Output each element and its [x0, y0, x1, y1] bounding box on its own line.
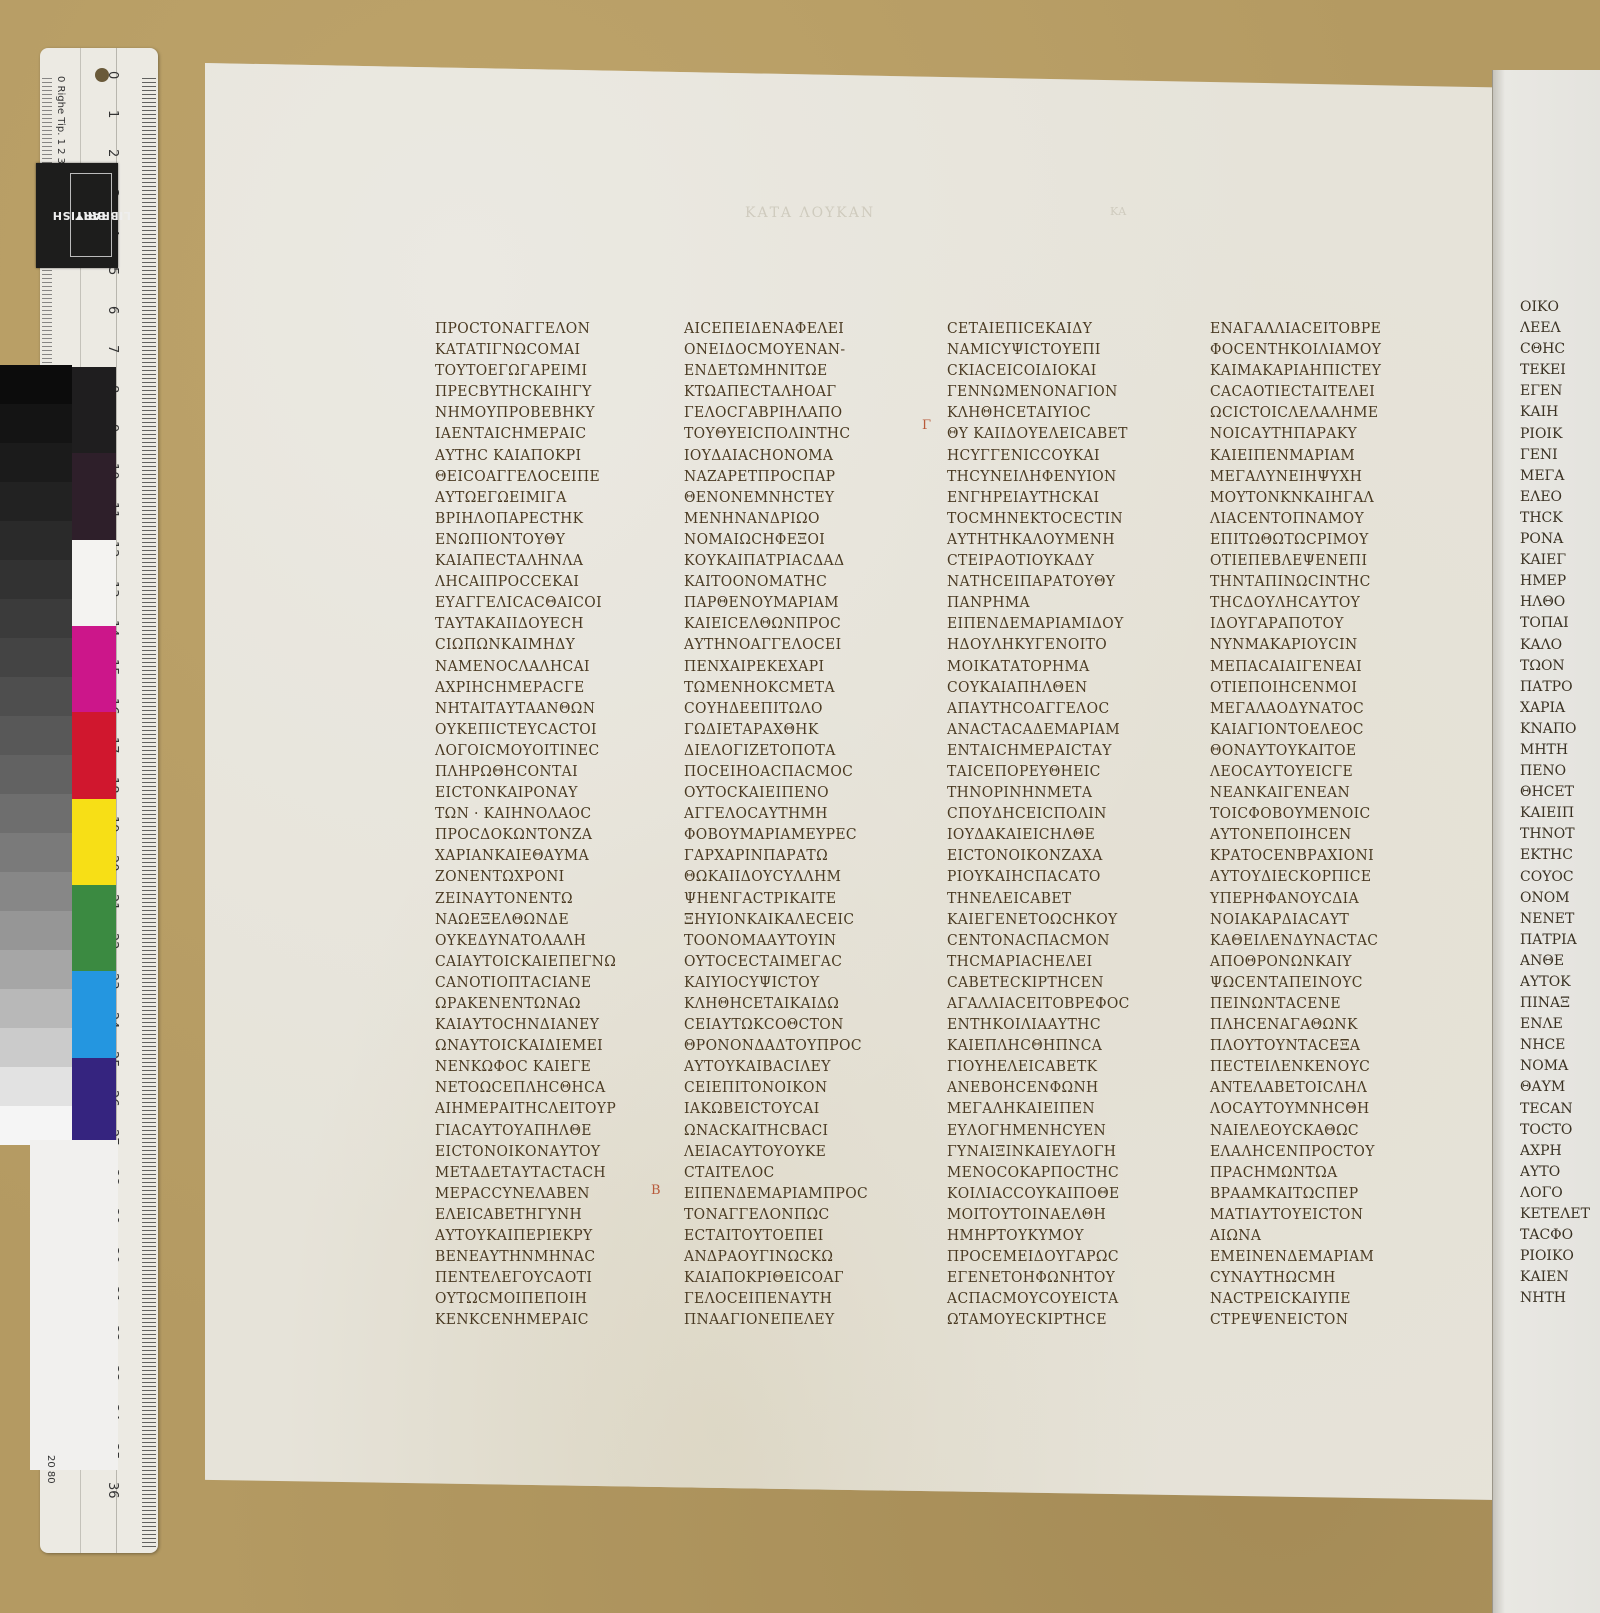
- manuscript-line: ΚΑΙΕΓΕΝΕΤΟΩCΗΚΟΥ: [947, 909, 1180, 930]
- manuscript-line: ΙΟΥΔΑΙΑCΗΟΝΟΜΑ: [684, 445, 917, 466]
- manuscript-line: ΠΡΟCΔΟΚΩΝΤΟΝΖΑ: [435, 824, 668, 845]
- british-library-logo: LIBRARYBRITISH: [70, 173, 112, 257]
- manuscript-line: ΝΑΜΕΝΟCΛΑΛΗCΑΙ: [435, 656, 668, 677]
- manuscript-line: ΕΙΠΕΝΔΕΜΑΡΙΑΜΠΡΟC: [684, 1183, 917, 1204]
- manuscript-line: ΚΑΙΑΠΟΚΡΙΘΕΙCΟΑΓ: [684, 1267, 917, 1288]
- color-patch-red: [72, 712, 116, 798]
- manuscript-line: CΥΝΑΥΤΗΩCΜΗ: [1210, 1267, 1443, 1288]
- manuscript-line: ΚΑΘΕΙΛΕΝΔΥΝΑCΤΑC: [1210, 930, 1443, 951]
- manuscript-line: ΕΥΑΓΓΕΛΙCΑCΘΑΙCΟΙ: [435, 592, 668, 613]
- next-leaf-line: ΟΙΚΟ: [1520, 297, 1600, 318]
- manuscript-line: ΟΥΤΟCΕCΤΑΙΜΕΓΑC: [684, 951, 917, 972]
- text-column-3: CΕΤΑΙΕΠΙCΕΚΑΙΔΥΝΑΜΙCΥΨΙCΤΟΥΕΠΙCΚΙΑCΕΙCΟΙ…: [947, 318, 1197, 1331]
- manuscript-line: ΙΑΕΝΤΑΙCΗΜΕΡΑΙC: [435, 423, 668, 444]
- manuscript-line: ΦΟΒΟΥΜΑΡΙΑΜΕΥΡΕC: [684, 824, 917, 845]
- manuscript-line: ΓΥΝΑΙΞΙΝΚΑΙΕΥΛΟΓΗ: [947, 1141, 1180, 1162]
- manuscript-line: ΜΟΥΤΟΝΚΝΚΑΙΗΓΑΛ: [1210, 487, 1443, 508]
- manuscript-line: ΠΛΗΡΩΘΗCΟΝΤΑΙ: [435, 761, 668, 782]
- manuscript-line: CΑΙΑΥΤΟΙCΚΑΙΕΠΕΓΝΩ: [435, 951, 668, 972]
- manuscript-line: ΟΥΚΕΔΥΝΑΤΟΛΑΛΗ: [435, 930, 668, 951]
- grayscale-patch: [0, 443, 72, 482]
- manuscript-line: ΕΙCΤΟΝΟΙΚΟΝΑΥΤΟΥ: [435, 1141, 668, 1162]
- next-leaf-line: ΚΑΙΗ: [1520, 402, 1600, 423]
- grayscale-patch: [0, 872, 72, 911]
- manuscript-line: ΑΥΤΟΥΔΙΕCΚΟΡΠΙCΕ: [1210, 866, 1443, 887]
- grayscale-patch: [0, 1067, 72, 1106]
- next-leaf-line: ΜΗΤΗ: [1520, 740, 1600, 761]
- next-leaf-line: ΚΑΙΕΓ: [1520, 550, 1600, 571]
- color-patch-white: [72, 540, 116, 626]
- color-patch-dark-brown: [72, 453, 116, 539]
- manuscript-line: ΗCΥΓΓΕΝΙCCΟΥΚΑΙ: [947, 445, 1180, 466]
- manuscript-line: ΑΠΟΘΡΟΝΩΝΚΑΙΥ: [1210, 951, 1443, 972]
- manuscript-line: ΠΡΕCΒΥΤΗCΚΑΙΗΓΥ: [435, 381, 668, 402]
- text-column-1: ΠΡΟCΤΟΝΑΓΓΕΛΟΝΚΑΤΑΤΙΓΝΩCΟΜΑΙΤΟΥΤΟΕΓΩΓΑΡΕ…: [435, 318, 685, 1331]
- manuscript-line: ΤΟΟΝΟΜΑΑΥΤΟΥΙΝ: [684, 930, 917, 951]
- next-leaf-line: ΟΝΟΜ: [1520, 888, 1600, 909]
- manuscript-line: ΑΝΕΒΟΗCΕΝΦΩΝΗ: [947, 1077, 1180, 1098]
- next-leaf-line: ΤΗΝΟΤ: [1520, 824, 1600, 845]
- manuscript-line: ΝΑCΤΡΕΙCΚΑΙΥΠΕ: [1210, 1288, 1443, 1309]
- next-leaf-line: ΑΧΡΗ: [1520, 1141, 1600, 1162]
- manuscript-line: CΑΝΟΤΙΟΠΤΑCΙΑΝΕ: [435, 972, 668, 993]
- manuscript-line: ΖΟΝΕΝΤΩΧΡΟΝΙ: [435, 866, 668, 887]
- manuscript-line: ΨΩCΕΝΤΑΠΕΙΝΟΥC: [1210, 972, 1443, 993]
- next-leaf-line: ΤΕCΑΝ: [1520, 1099, 1600, 1120]
- manuscript-line: ΒΡΙΗΛΟΠΑΡΕCΤΗΚ: [435, 508, 668, 529]
- next-leaf-line: ΓΕΝΙ: [1520, 445, 1600, 466]
- manuscript-line: ΚΟΥΚΑΙΠΑΤΡΙΑCΔΑΔ: [684, 550, 917, 571]
- manuscript-line: ΟΤΙΕΠΕΒΛΕΨΕΝΕΠΙ: [1210, 550, 1443, 571]
- manuscript-line: ΕΠΙΤΩΘΩΤΩCΡΙΜΟΥ: [1210, 529, 1443, 550]
- manuscript-line: ΠΛΟΥΤΟΥΝΤΑCΕΞΑ: [1210, 1035, 1443, 1056]
- manuscript-line: ΠΕΝΤΕΛΕΓΟΥCΑΟΤΙ: [435, 1267, 668, 1288]
- folio-mark: ΚΑ: [1110, 205, 1126, 218]
- manuscript-line: ΚΑΙΥΙΟCΥΨΙCΤΟΥ: [684, 972, 917, 993]
- manuscript-line: ΕΙCΤΟΝΟΙΚΟΝΖΑΧΑ: [947, 845, 1180, 866]
- manuscript-line: ΚΕΝΚCΕΝΗΜΕΡΑΙC: [435, 1309, 668, 1330]
- manuscript-line: ΩΝΑCΚΑΙΤΗCΒΑCΙ: [684, 1120, 917, 1141]
- manuscript-line: ΨΗΕΝΓΑCΤΡΙΚΑΙΤΕ: [684, 888, 917, 909]
- manuscript-line: ΩΝΑΥΤΟΙCΚΑΙΔΙΕΜΕΙ: [435, 1035, 668, 1056]
- grayscale-patch: [0, 755, 72, 794]
- manuscript-line: ΘΕΝΟΝΕΜΝΗCΤΕΥ: [684, 487, 917, 508]
- manuscript-line: ΩCΙCΤΟΙCΛΕΛΑΛΗΜΕ: [1210, 402, 1443, 423]
- color-calibration-strip: [72, 367, 116, 1144]
- manuscript-line: ΘΕΙCΟΑΓΓΕΛΟCΕΙΠΕ: [435, 466, 668, 487]
- next-leaf-line: ΡΙΟΙΚΟ: [1520, 1246, 1600, 1267]
- manuscript-line: ΦΟCΕΝΤΗΚΟΙΛΙΑΜΟΥ: [1210, 339, 1443, 360]
- manuscript-line: ΜΕΠΑCΑΙΑΙΓΕΝΕΑΙ: [1210, 656, 1443, 677]
- manuscript-line: ΘΩΚΑΙΙΔΟΥCΥΛΛΗΜ: [684, 866, 917, 887]
- next-leaf-line: ΚΑΙΕΙΠ: [1520, 803, 1600, 824]
- manuscript-line: COΥΗΔΕΕΠΙΤΩΛΟ: [684, 698, 917, 719]
- manuscript-line: ΟΥΤΟCΚΑΙΕΙΠΕΝΟ: [684, 782, 917, 803]
- manuscript-line: ΖΕΙΝΑΥΤΟΝΕΝΤΩ: [435, 888, 668, 909]
- next-leaf-line: ΤΗCΚ: [1520, 508, 1600, 529]
- color-patch-yellow: [72, 799, 116, 885]
- ruler-cm-label: 7: [105, 345, 120, 353]
- grayscale-patch: [0, 677, 72, 716]
- color-patch-cyan: [72, 971, 116, 1057]
- manuscript-line: ΕΙΠΕΝΔΕΜΑΡΙΑΜΙΔΟΥ: [947, 613, 1180, 634]
- color-patch-green: [72, 885, 116, 971]
- next-leaf-line: ΠΙΝΑΞ: [1520, 993, 1600, 1014]
- manuscript-line: ΑΙΩΝΑ: [1210, 1225, 1443, 1246]
- manuscript-line: ΑΥΤΩΕΓΩΕΙΜΙΓΑ: [435, 487, 668, 508]
- manuscript-line: ΤΩΝ · ΚΑΙΗΝΟΛΑΟC: [435, 803, 668, 824]
- manuscript-line: ΚΛΗΘΗCΕΤΑΙΥΙΟC: [947, 402, 1180, 423]
- manuscript-line: ΝΑΙΕΛΕΟΥCΚΑΘΩC: [1210, 1120, 1443, 1141]
- manuscript-line: ΠΑΡΘΕΝΟΥΜΑΡΙΑΜ: [684, 592, 917, 613]
- color-patch-black: [72, 367, 116, 453]
- manuscript-line: ΠΝΑΑΓΙΟΝΕΠΕΛΕΥ: [684, 1309, 917, 1330]
- manuscript-line: ΑΓΑΛΛΙΑCΕΙΤΟΒΡΕΦΟC: [947, 993, 1180, 1014]
- manuscript-line: ΚΑΙΤΟΟΝΟΜΑΤΗC: [684, 571, 917, 592]
- running-title: ΚΑΤΑ ΛΟΥΚΑΝ: [745, 205, 875, 221]
- manuscript-line: ΜΕΓΑΛΗΚΑΙΕΙΠΕΝ: [947, 1098, 1180, 1119]
- next-leaf-line: ΝΟΜΑ: [1520, 1056, 1600, 1077]
- text-column-2: ΑΙCΕΠΕΙΔΕΝΑΦΕΛΕΙΟΝΕΙΔΟCΜΟΥΕΝΑΝ-ΕΝΔΕΤΩΜΗΝ…: [684, 318, 934, 1331]
- manuscript-line: ΠΑΝΡΗΜΑ: [947, 592, 1180, 613]
- manuscript-line: ΕΝΩΠΙΟΝΤΟΥΘΥ: [435, 529, 668, 550]
- manuscript-line: ΘΟΝΑΥΤΟΥΚΑΙΤΟΕ: [1210, 740, 1443, 761]
- manuscript-line: ΚΡΑΤΟCΕΝΒΡΑΧΙΟΝΙ: [1210, 845, 1443, 866]
- manuscript-line: ΑΝΔΡΑΟΥΓΙΝΩCΚΩ: [684, 1246, 917, 1267]
- next-leaf-line: ΗΛΘΟ: [1520, 592, 1600, 613]
- manuscript-line: ΑΓΓΕΛΟCΑΥΤΗΜΗ: [684, 803, 917, 824]
- manuscript-line: ΒΡΑΑΜΚΑΙΤΩCΠΕΡ: [1210, 1183, 1443, 1204]
- manuscript-line: ΓΕΛΟCΓΑΒΡΙΗΛΑΠΟ: [684, 402, 917, 423]
- manuscript-line: ΝΑΤΗCΕΙΠΑΡΑΤΟΥΘΥ: [947, 571, 1180, 592]
- manuscript-line: ΝΑΩΕΞΕΛΘΩΝΔΕ: [435, 909, 668, 930]
- grayscale-patch: [0, 833, 72, 872]
- manuscript-line: ΤΗCΜΑΡΙΑCΗΕΛΕΙ: [947, 951, 1180, 972]
- manuscript-line: ΠΡΑCΗΜΩΝΤΩΑ: [1210, 1162, 1443, 1183]
- next-leaf-line: ΠΕΝΟ: [1520, 761, 1600, 782]
- manuscript-line: ΜΟΙΚΑΤΑΤΟΡΗΜΑ: [947, 656, 1180, 677]
- manuscript-line: ΟΥΚΕΠΙCΤΕΥCΑCΤΟΙ: [435, 719, 668, 740]
- manuscript-line: CΚΙΑCΕΙCΟΙΔΙΟΚΑΙ: [947, 360, 1180, 381]
- manuscript-line: ΑΙCΕΠΕΙΔΕΝΑΦΕΛΕΙ: [684, 318, 917, 339]
- manuscript-line: ΑΥΤΟΥΚΑΙΒΑCΙΛΕΥ: [684, 1056, 917, 1077]
- manuscript-line: ΞΗΥΙΟΝΚΑΙΚΑΛΕCΕΙC: [684, 909, 917, 930]
- grayscale-patch: [0, 482, 72, 521]
- manuscript-line: ΝΟΙΑΚΑΡΔΙΑCΑΥΤ: [1210, 909, 1443, 930]
- manuscript-line: ΚΤΩΑΠΕCΤΑΛΗΟΑΓ: [684, 381, 917, 402]
- manuscript-line: ΓΑΡΧΑΡΙΝΠΑΡΑΤΩ: [684, 845, 917, 866]
- grayscale-patch: [0, 404, 72, 443]
- next-leaf-line: ΡΟΝΑ: [1520, 529, 1600, 550]
- manuscript-line: ΘΡΟΝΟΝΔΑΔΤΟΥΠΡΟC: [684, 1035, 917, 1056]
- grayscale-patch: [0, 911, 72, 950]
- marginal-section-number: Γ: [922, 418, 931, 433]
- brand-line-british: BRITISH: [51, 209, 107, 221]
- next-leaf-line: ΤΑCΦΟ: [1520, 1225, 1600, 1246]
- manuscript-line: ΠΡΟCΕΜΕΙΔΟΥΓΑΡΩC: [947, 1246, 1180, 1267]
- manuscript-line: ΑΝΑCΤΑCΑΔΕΜΑΡΙΑΜ: [947, 719, 1180, 740]
- manuscript-line: ΓΙΑCΑΥΤΟΥΑΠΗΛΘΕ: [435, 1120, 668, 1141]
- manuscript-line: ΕCΤΑΙΤΟΥΤΟΕΠΕΙ: [684, 1225, 917, 1246]
- manuscript-line: CΕΤΑΙΕΠΙCΕΚΑΙΔΥ: [947, 318, 1180, 339]
- manuscript-line: ΒΕΝΕΑΥΤΗΝΜΗΝΑC: [435, 1246, 668, 1267]
- manuscript-line: ΚΑΙΑΠΕCΤΑΛΗΝΛΑ: [435, 550, 668, 571]
- manuscript-line: ΟΝΕΙΔΟCΜΟΥΕΝΑΝ-: [684, 339, 917, 360]
- grayscale-patch: [0, 716, 72, 755]
- manuscript-line: ΠΕΙΝΩΝΤΑCΕΝΕ: [1210, 993, 1443, 1014]
- next-leaf-line: ΝΗCΕ: [1520, 1035, 1600, 1056]
- manuscript-line: ΠΡΟCΤΟΝΑΓΓΕΛΟΝ: [435, 318, 668, 339]
- manuscript-line: ΜΕΓΑΛΑΟΔΥΝΑΤΟC: [1210, 698, 1443, 719]
- next-leaf-line: ΗΜΕΡ: [1520, 571, 1600, 592]
- manuscript-line: ΑΥΤΗC ΚΑΙΑΠΟΚΡΙ: [435, 445, 668, 466]
- manuscript-line: ΜΕΝΗΝΑΝΔΡΙΩΟ: [684, 508, 917, 529]
- manuscript-line: ΠΛΗCΕΝΑΓΑΘΩΝΚ: [1210, 1014, 1443, 1035]
- next-leaf-line: ΚΕΤΕΛΕΤ: [1520, 1204, 1600, 1225]
- manuscript-line: ΘΥ ΚΑΙΙΔΟΥΕΛΕΙCΑΒΕΤ: [947, 423, 1180, 444]
- manuscript-line: ΙΔΟΥΓΑΡΑΠΟΤΟΥ: [1210, 613, 1443, 634]
- grayscale-patch: [0, 794, 72, 833]
- next-leaf-line: CΟΥΟC: [1520, 867, 1600, 888]
- manuscript-line: CΟΥΚΑΙΑΠΗΛΘΕΝ: [947, 677, 1180, 698]
- manuscript-line: ΑΙΗΜΕΡΑΙΤΗCΛΕΙΤΟΥΡ: [435, 1098, 668, 1119]
- manuscript-line: ΧΑΡΙΑΝΚΑΙΕΘΑΥΜΑ: [435, 845, 668, 866]
- next-leaf-line: ΑΥΤΟΚ: [1520, 972, 1600, 993]
- manuscript-line: ΤΑΥΤΑΚΑΙΙΔΟΥΕCΗ: [435, 613, 668, 634]
- manuscript-line: ΚΑΙΕΠΛΗCΘΗΠΝCΑ: [947, 1035, 1180, 1056]
- manuscript-line: ΤΟΙCΦΟΒΟΥΜΕΝΟΙC: [1210, 803, 1443, 824]
- next-leaf-line: CΘΗC: [1520, 339, 1600, 360]
- manuscript-line: ΝΑΜΙCΥΨΙCΤΟΥΕΠΙ: [947, 339, 1180, 360]
- next-leaf-line: ΤΕΚΕΙ: [1520, 360, 1600, 381]
- manuscript-line: ΚΑΙΑΓΙΟΝΤΟΕΛΕΟC: [1210, 719, 1443, 740]
- manuscript-line: ΠΟCΕΙΗΟΑCΠΑCΜΟC: [684, 761, 917, 782]
- next-leaf-line: ΤΟCΤΟ: [1520, 1120, 1600, 1141]
- manuscript-line: ΛΟCΑΥΤΟΥΜΝΗCΘΗ: [1210, 1098, 1443, 1119]
- manuscript-line: ΚΑΙΕΙΠΕΝΜΑΡΙΑΜ: [1210, 445, 1443, 466]
- next-leaf-line: ΤΩΟΝ: [1520, 656, 1600, 677]
- next-leaf-line: ΘΑΥΜ: [1520, 1077, 1600, 1098]
- manuscript-line: ΚΛΗΘΗCΕΤΑΙΚΑΙΔΩ: [684, 993, 917, 1014]
- manuscript-line: ΚΑΙΕΙCΕΛΘΩΝΠΡΟC: [684, 613, 917, 634]
- manuscript-line: ΓΙΟΥΗΕΛΕΙCΑΒΕΤΚ: [947, 1056, 1180, 1077]
- manuscript-line: ΚΟΙΛΙΑCCΟΥΚΑΙΠΟΘΕ: [947, 1183, 1180, 1204]
- manuscript-line: ΚΑΙΑΥΤΟCΗΝΔΙΑΝΕΥ: [435, 1014, 668, 1035]
- manuscript-line: ΕΝΤΑΙCΗΜΕΡΑΙCΤΑΥ: [947, 740, 1180, 761]
- manuscript-line: ΝΕΝΚΩΦΟC ΚΑΙΕΓΕ: [435, 1056, 668, 1077]
- manuscript-line: ΓΕΛΟCΕΙΠΕΝΑΥΤΗ: [684, 1288, 917, 1309]
- grayscale-patch: [0, 989, 72, 1028]
- manuscript-line: ΜΕΡΑCCΥΝΕΛΑΒΕΝ: [435, 1183, 668, 1204]
- manuscript-line: ΤΑΙCΕΠΟΡΕΥΘΗΕΙC: [947, 761, 1180, 782]
- ruler-ticks-cm: [142, 78, 156, 1548]
- manuscript-line: CΕΝΤΟΝΑCΠΑCΜΟΝ: [947, 930, 1180, 951]
- manuscript-line: ΓΩΔΙΕΤΑΡΑΧΘΗΚ: [684, 719, 917, 740]
- ruler-cm-label: 6: [105, 306, 120, 314]
- manuscript-line: ΛΗCΑΙΠΡΟCCΕΚΑΙ: [435, 571, 668, 592]
- next-leaf-text-fragment: ΟΙΚΟΛΕΕΛCΘΗCΤΕΚΕΙΕΓΕΝΚΑΙΗΡΙΟΙΚΓΕΝΙΜΕΓΑΕΛ…: [1520, 297, 1600, 1310]
- manuscript-line: CΕΙΑΥΤΩΚCΟΘCΤΟΝ: [684, 1014, 917, 1035]
- ruler-cm-label: 5: [105, 267, 120, 275]
- manuscript-line: ΗΜΗΡΤΟΥΚΥΜΟΥ: [947, 1225, 1180, 1246]
- manuscript-line: ΝΑΖΑΡΕΤΠΡΟCΠΑΡ: [684, 466, 917, 487]
- manuscript-line: ΤΟΥΤΟΕΓΩΓΑΡΕΙΜΙ: [435, 360, 668, 381]
- manuscript-line: ΤΗΝΤΑΠΙΝΩCΙΝΤΗC: [1210, 571, 1443, 592]
- manuscript-line: ΕΙCΤΟΝΚΑΙΡΟΝΑΥ: [435, 782, 668, 803]
- manuscript-line: ΜΕΝΟCΟΚΑΡΠΟCΤΗC: [947, 1162, 1180, 1183]
- manuscript-line: ΤΩΜΕΝΗΟΚCΜΕΤΑ: [684, 677, 917, 698]
- manuscript-line: CΑΒΕΤΕCΚΙΡΤΗCΕΝ: [947, 972, 1180, 993]
- next-leaf-line: ΝΕΝΕΤ: [1520, 909, 1600, 930]
- manuscript-line: CΤΑΙΤΕΛΟC: [684, 1162, 917, 1183]
- manuscript-line: CΙΩΠΩΝΚΑΙΜΗΔΥ: [435, 634, 668, 655]
- manuscript-line: ΤΗCΔΟΥΛΗCΑΥΤΟΥ: [1210, 592, 1443, 613]
- manuscript-line: ΤΗΝΟΡΙΝΗΝΜΕΤΑ: [947, 782, 1180, 803]
- manuscript-line: ΙΑΚΩΒΕΙCΤΟΥCΑΙ: [684, 1098, 917, 1119]
- manuscript-line: ΤΟΝΑΓΓΕΛΟΝΠΩC: [684, 1204, 917, 1225]
- manuscript-line: ΗΔΟΥΛΗΚΥΓΕΝΟΙΤΟ: [947, 634, 1180, 655]
- manuscript-line: ΠΕΝΧΑΙΡΕΚΕΧΑΡΙ: [684, 656, 917, 677]
- manuscript-line: ΝΕΤΟΩCΕΠΛΗCΘΗCΑ: [435, 1077, 668, 1098]
- manuscript-line: ΤΗΝΕΛΕΙCΑΒΕΤ: [947, 888, 1180, 909]
- manuscript-line: CΠΟΥΔΗCΕΙCΠΟΛΙΝ: [947, 803, 1180, 824]
- grayscale-patch: [0, 560, 72, 599]
- manuscript-line: ΝΟΜΑΙΩCΗΦΕΞΟΙ: [684, 529, 917, 550]
- next-leaf-line: ΤΟΠΑΙ: [1520, 613, 1600, 634]
- manuscript-line: ΑΠΑΥΤΗCΟΑΓΓΕΛΟC: [947, 698, 1180, 719]
- next-leaf-line: ΛΟΓΟ: [1520, 1183, 1600, 1204]
- manuscript-line: ΑΥΤΟΥΚΑΙΠΕΡΙΕΚΡΥ: [435, 1225, 668, 1246]
- manuscript-line: ΑΝΤΕΛΑΒΕΤΟΙCΛΗΛ: [1210, 1077, 1443, 1098]
- manuscript-line: ΕΝΔΕΤΩΜΗΝΙΤΩΕ: [684, 360, 917, 381]
- manuscript-line: ΝΥΝΜΑΚΑΡΙΟΥCΙΝ: [1210, 634, 1443, 655]
- ruler-white-strip: [30, 1140, 118, 1470]
- manuscript-line: ΙΟΥΔΑΚΑΙΕΙCΗΛΘΕ: [947, 824, 1180, 845]
- manuscript-line: ΕΜΕΙΝΕΝΔΕΜΑΡΙΑΜ: [1210, 1246, 1443, 1267]
- color-patch-magenta: [72, 626, 116, 712]
- manuscript-line: ΝΟΙCΑΥΤΗΠΑΡΑΚΥ: [1210, 423, 1443, 444]
- ruler-cm-label: 0: [105, 71, 120, 79]
- manuscript-line: ΥΠΕΡΗΦΑΝΟΥCΔΙΑ: [1210, 888, 1443, 909]
- grayscale-patch: [0, 1028, 72, 1067]
- marginal-section-number: Β: [651, 1183, 661, 1198]
- next-leaf-line: ΑΝΘΕ: [1520, 951, 1600, 972]
- british-library-badge: LIBRARYBRITISH: [36, 163, 118, 268]
- manuscript-line: ΕΛΑΛΗCΕΝΠΡΟCΤΟΥ: [1210, 1141, 1443, 1162]
- manuscript-line: ΤΗCΥΝΕΙΛΗΦΕΝΥΙΟΝ: [947, 466, 1180, 487]
- manuscript-line: ΓΕΝΝΩΜΕΝΟΝΑΓΙΟΝ: [947, 381, 1180, 402]
- manuscript-line: ΕΓΕΝΕΤΟΗΦΩΝΗΤΟΥ: [947, 1267, 1180, 1288]
- ruler-cm-label: 36: [105, 1482, 120, 1499]
- grayscale-patch: [0, 950, 72, 989]
- manuscript-line: ΚΑΤΑΤΙΓΝΩCΟΜΑΙ: [435, 339, 668, 360]
- manuscript-line: ΝΗΤΑΙΤΑΥΤΑΑΝΘΩΝ: [435, 698, 668, 719]
- manuscript-line: ΝΕΑΝΚΑΙΓΕΝΕΑΝ: [1210, 782, 1443, 803]
- manuscript-line: ΚΑΙΜΑΚΑΡΙΑΗΠΙCΤΕΥ: [1210, 360, 1443, 381]
- color-patch-violet: [72, 1058, 116, 1144]
- grayscale-calibration-strip: [0, 365, 72, 1145]
- manuscript-line: ΜΑΤΙΑΥΤΟΥΕΙCΤΟΝ: [1210, 1204, 1443, 1225]
- next-leaf-line: ΑΥΤΟ: [1520, 1162, 1600, 1183]
- manuscript-line: ΠΕCΤΕΙΛΕΝΚΕΝΟΥC: [1210, 1056, 1443, 1077]
- manuscript-line: ΛΟΓΟΙCΜΟΥΟΙΤΙΝΕC: [435, 740, 668, 761]
- manuscript-line: ΑΥΤΗΤΗΚΑΛΟΥΜΕΝΗ: [947, 529, 1180, 550]
- next-leaf-line: ΝΗΤΗ: [1520, 1288, 1600, 1309]
- next-leaf-line: ΕΛΕΟ: [1520, 487, 1600, 508]
- manuscript-line: ΔΙΕΛΟΓΙΖΕΤΟΠΟΤΑ: [684, 740, 917, 761]
- manuscript-line: CΑCΑΟΤΙΕCΤΑΙΤΕΛΕΙ: [1210, 381, 1443, 402]
- text-column-4: ΕΝΑΓΑΛΛΙΑCΕΙΤΟΒΡΕΦΟCΕΝΤΗΚΟΙΛΙΑΜΟΥΚΑΙΜΑΚΑ…: [1210, 318, 1460, 1331]
- next-leaf-line: ΘΗCΕΤ: [1520, 782, 1600, 803]
- next-leaf-line: ΚΑΛΟ: [1520, 635, 1600, 656]
- manuscript-line: ΛΙΑCΕΝΤΟΠΝΑΜΟΥ: [1210, 508, 1443, 529]
- manuscript-line: ΜΕΓΑΛΥΝΕΙΗΨΥΧΗ: [1210, 466, 1443, 487]
- manuscript-line: ΩΡΑΚΕΝΕΝΤΩΝΑΩ: [435, 993, 668, 1014]
- manuscript-line: ΟΥΤΩCΜΟΙΠΕΠΟΙΗ: [435, 1288, 668, 1309]
- next-leaf-line: ΕΓΕΝ: [1520, 381, 1600, 402]
- manuscript-line: ΤΟCΜΗΝΕΚΤΟCΕCΤΙΝ: [947, 508, 1180, 529]
- manuscript-line: ΑΥΤΗΝΟΑΓΓΕΛΟCΕΙ: [684, 634, 917, 655]
- next-leaf-line: ΠΑΤΡΙΑ: [1520, 930, 1600, 951]
- manuscript-line: ΑΧΡΙΗCΗΜΕΡΑCΓΕ: [435, 677, 668, 698]
- next-leaf-line: ΛΕΕΛ: [1520, 318, 1600, 339]
- manuscript-line: ΕΝΓΗΡΕΙΑΥΤΗCΚΑΙ: [947, 487, 1180, 508]
- manuscript-line: ΜΕΤΑΔΕΤΑΥΤΑCΤΑCΗ: [435, 1162, 668, 1183]
- manuscript-line: ΟΤΙΕΠΟΙΗCΕΝΜΟΙ: [1210, 677, 1443, 698]
- manuscript-line: CΤΡΕΨΕΝΕΙCΤΟΝ: [1210, 1309, 1443, 1330]
- grayscale-patch: [0, 599, 72, 638]
- manuscript-line: ΕΥΛΟΓΗΜΕΝΗCΥΕΝ: [947, 1120, 1180, 1141]
- next-leaf-line: ΧΑΡΙΑ: [1520, 698, 1600, 719]
- manuscript-line: ΕΝΤΗΚΟΙΛΙΑΑΥΤΗC: [947, 1014, 1180, 1035]
- grayscale-patch: [0, 638, 72, 677]
- manuscript-line: ΤΟΥΘΥΕΙCΠΟΛΙΝΤΗC: [684, 423, 917, 444]
- manuscript-line: ΝΗΜΟΥΠΡΟΒΕΒΗΚΥ: [435, 402, 668, 423]
- manuscript-line: ΑCΠΑCΜΟΥCΟΥΕΙCΤΑ: [947, 1288, 1180, 1309]
- manuscript-line: ΛΕΙΑCΑΥΤΟΥΟΥΚΕ: [684, 1141, 917, 1162]
- manuscript-line: ΩΤΑΜΟΥΕCΚΙΡΤΗCΕ: [947, 1309, 1180, 1330]
- manuscript-line: ΜΟΙΤΟΥΤΟΙΝΑΕΛΘΗ: [947, 1204, 1180, 1225]
- manuscript-line: ΕΝΑΓΑΛΛΙΑCΕΙΤΟΒΡΕ: [1210, 318, 1443, 339]
- next-leaf-line: ΚΝΑΠΟ: [1520, 719, 1600, 740]
- next-leaf-line: ΕΚΤΗC: [1520, 845, 1600, 866]
- ruler-cm-label: 2: [105, 149, 120, 157]
- grayscale-patch: [0, 521, 72, 560]
- manuscript-line: ΑΥΤΟΝΕΠΟΙΗCΕΝ: [1210, 824, 1443, 845]
- manuscript-line: ΡΙΟΥΚΑΙΗCΠΑCΑΤΟ: [947, 866, 1180, 887]
- manuscript-line: CΕΙΕΠΙΤΟΝΟΙΚΟΝ: [684, 1077, 917, 1098]
- next-leaf-line: ΕΝΛΕ: [1520, 1014, 1600, 1035]
- next-leaf-line: ΜΕΓΑ: [1520, 466, 1600, 487]
- grayscale-patch: [0, 365, 72, 404]
- manuscript-line: ΕΛΕΙCΑΒΕΤΗΓΥΝΗ: [435, 1204, 668, 1225]
- manuscript-line: CΤΕΙΡΑΟΤΙΟΥΚΑΔΥ: [947, 550, 1180, 571]
- next-leaf-line: ΠΑΤΡΟ: [1520, 677, 1600, 698]
- ruler-cm-label: 1: [105, 110, 120, 118]
- next-leaf-line: ΡΙΟΙΚ: [1520, 424, 1600, 445]
- next-leaf-line: ΚΑΙΕΝ: [1520, 1267, 1600, 1288]
- ruler-typographic-scale-label: 0 Righe Tip. 1 2 3 4: [55, 76, 66, 174]
- manuscript-line: ΛΕΟCΑΥΤΟΥΕΙCΓΕ: [1210, 761, 1443, 782]
- ruler-bottom-label: 20 80: [0, 1455, 56, 1484]
